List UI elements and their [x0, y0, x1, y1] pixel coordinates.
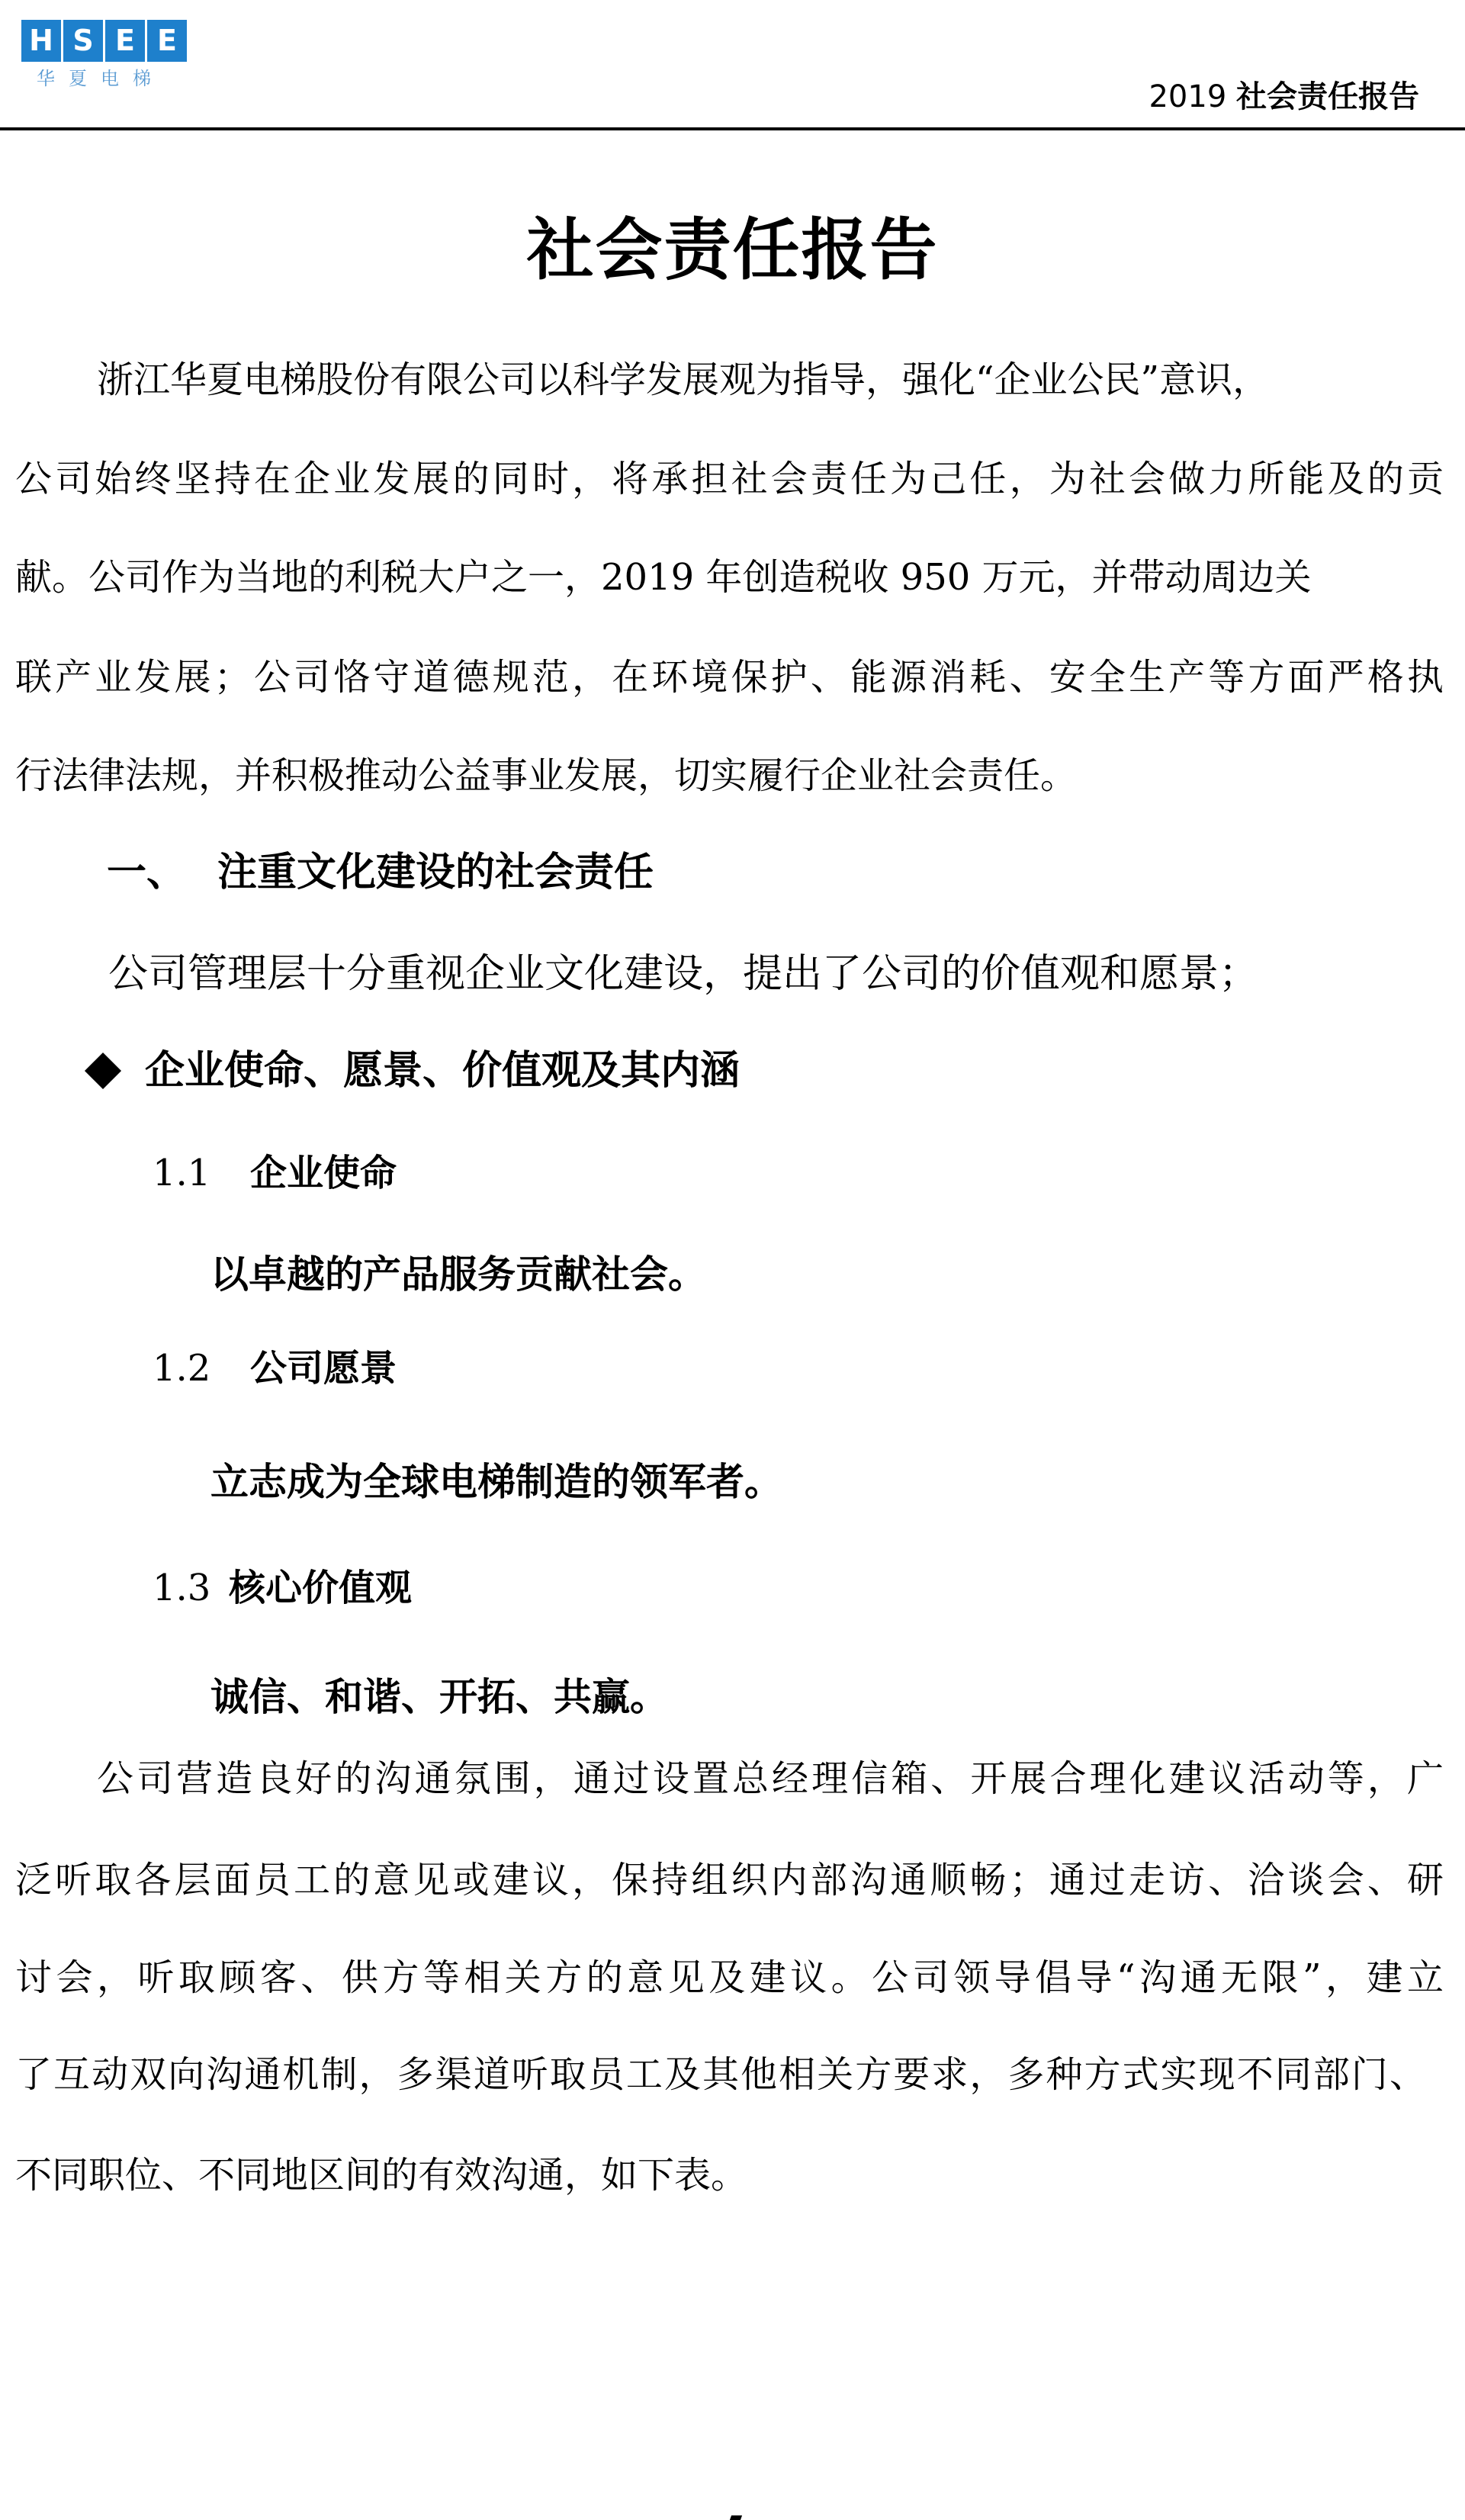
paragraph-line: 不同职位、不同地区间的有效沟通，如下表。 [15, 2152, 1444, 2198]
subsection-heading: 1.1企业使命 [153, 1150, 397, 1196]
running-header: 2019 社会责任报告 [1149, 78, 1419, 116]
report-year: 2019 [1149, 79, 1226, 114]
company-logo: H S E E 华夏电梯 [21, 20, 189, 93]
subsection-title: 企业使命 [250, 1152, 397, 1194]
bullet-heading-text: 企业使命、愿景、价值观及其内涵 [145, 1047, 740, 1094]
subsection-statement: 诚信、和谐、开拓、共赢。 [210, 1673, 668, 1721]
subsection-title: 核心价值观 [229, 1567, 412, 1609]
subsection-heading: 1.3核心价值观 [153, 1565, 412, 1611]
subsection-title: 公司愿景 [250, 1347, 397, 1390]
section-title: 注重文化建设的社会责任 [217, 849, 654, 895]
subsection-statement: 立志成为全球电梯制造的领军者。 [210, 1458, 782, 1506]
section-intro: 公司管理层十分重视企业文化建设，提出了公司的价值观和愿景； [108, 950, 1258, 998]
logo-letter-box: S [63, 20, 103, 62]
page-number-fragment [730, 2515, 742, 2520]
subsection-number: 1.1 [153, 1150, 250, 1196]
subsection-statement: 以卓越的产品服务贡献社会。 [210, 1251, 706, 1298]
paragraph-line: 联产业发展；公司恪守道德规范，在环境保护、能源消耗、安全生产等方面严格执 [15, 654, 1444, 700]
logo-letter-box: H [21, 20, 61, 62]
paragraph-line: 讨会，听取顾客、供方等相关方的意见及建议。公司领导倡导“沟通无限”，建立 [15, 1955, 1444, 2001]
document-title: 社会责任报告 [0, 207, 1465, 291]
header-divider [0, 127, 1465, 130]
paragraph-line: 公司始终坚持在企业发展的同时，将承担社会责任为己任，为社会做力所能及的贡 [15, 456, 1444, 502]
section-number: 一、 [107, 848, 217, 897]
subsection-number: 1.3 [153, 1565, 229, 1611]
logo-chinese-name: 华夏电梯 [21, 68, 189, 89]
report-title: 社会责任报告 [1236, 79, 1419, 114]
subsection-number: 1.2 [153, 1345, 250, 1391]
logo-letter-box: E [105, 20, 145, 62]
logo-letter-boxes: H S E E [21, 20, 189, 62]
paragraph-line: 浙江华夏电梯股份有限公司以科学发展观为指导，强化“企业公民”意识， [97, 357, 1363, 403]
paragraph-line: 行法律法规，并积极推动公益事业发展，切实履行企业社会责任。 [15, 753, 1444, 799]
paragraph-line: 了互动双向沟通机制，多渠道听取员工及其他相关方要求，多种方式实现不同部门、 [15, 2052, 1426, 2097]
paragraph-line: 献。公司作为当地的利税大户之一，2019 年创造税收 950 万元，并带动周边关 [15, 554, 1444, 600]
diamond-bullet-icon [85, 1052, 121, 1088]
subsection-heading: 1.2公司愿景 [153, 1345, 397, 1391]
logo-letter-box: E [147, 20, 187, 62]
paragraph-line: 公司营造良好的沟通氛围，通过设置总经理信箱、开展合理化建议活动等，广 [97, 1756, 1444, 1802]
paragraph-line: 泛听取各层面员工的意见或建议，保持组织内部沟通顺畅；通过走访、洽谈会、研 [15, 1857, 1444, 1903]
bullet-heading: 企业使命、愿景、价值观及其内涵 [84, 1046, 740, 1095]
section-heading: 一、注重文化建设的社会责任 [107, 848, 654, 897]
